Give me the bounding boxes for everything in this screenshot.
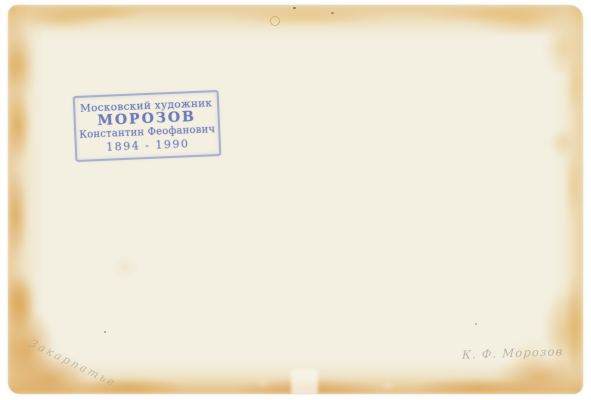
- stamp-line-years: 1894 - 1990: [106, 137, 190, 153]
- speck-dot: [104, 331, 106, 333]
- stain-spot: [548, 127, 578, 159]
- ring-mark: [270, 16, 280, 26]
- stain-top-right-corner: [453, 5, 583, 85]
- stain-bottom-right-corner: [468, 259, 583, 394]
- stain-spot-faint: [112, 257, 138, 277]
- stain-top-left-corner: [8, 5, 118, 105]
- stain-right-edge: [555, 5, 583, 394]
- speck-dot: [475, 323, 477, 325]
- stain-left-edge: [8, 5, 44, 394]
- paper-sheet: Московский художник МОРОЗОВ Константин Ф…: [8, 5, 583, 394]
- artist-stamp: Московский художник МОРОЗОВ Константин Ф…: [73, 90, 222, 162]
- artwork-verso-photo: Московский художник МОРОЗОВ Константин Ф…: [0, 0, 591, 400]
- speck-dot: [293, 7, 296, 9]
- artist-signature: К. Ф. Морозов: [462, 344, 564, 362]
- light-patch: [291, 369, 318, 394]
- pencil-inscription: Закарпатье: [27, 337, 119, 390]
- stain-top-edge: [8, 5, 583, 37]
- speck-dot: [331, 12, 334, 14]
